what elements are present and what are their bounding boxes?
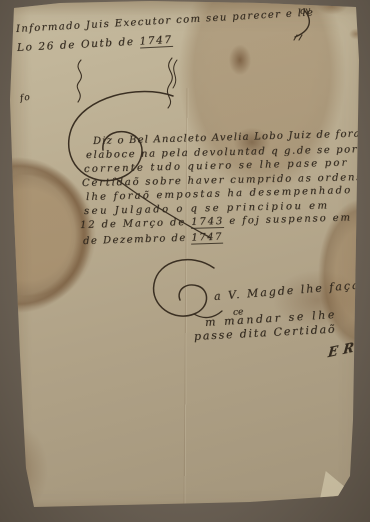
body-line-8-text: de Dezembro de <box>83 233 192 247</box>
margin-mark: fo <box>19 93 31 104</box>
docket-line-1: Informado Juis Executor com seu parecer … <box>16 7 315 35</box>
closing-line-1: a V. Magde lhe faça <box>213 278 361 302</box>
signature-initials: E R M <box>327 336 370 361</box>
manuscript-paper: Informado Juis Executor com seu parecer … <box>0 0 370 522</box>
docket-superscript: ov <box>299 6 311 17</box>
body-line-8-year: 1747 <box>191 232 223 245</box>
photo-background: Informado Juis Executor com seu parecer … <box>0 0 370 522</box>
folded-corner <box>320 471 352 499</box>
docket-date-text: Lo 26 de Outb de <box>17 36 140 54</box>
body-line-7-year: 1743 <box>191 216 224 229</box>
docket-line-2: Lo 26 de Outb de 1747 <box>17 34 173 54</box>
docket-date-year: 1747 <box>139 34 173 49</box>
body-line-7-day: 27 <box>357 212 370 224</box>
body-line-7-mid: e foj suspenso em <box>224 212 357 227</box>
